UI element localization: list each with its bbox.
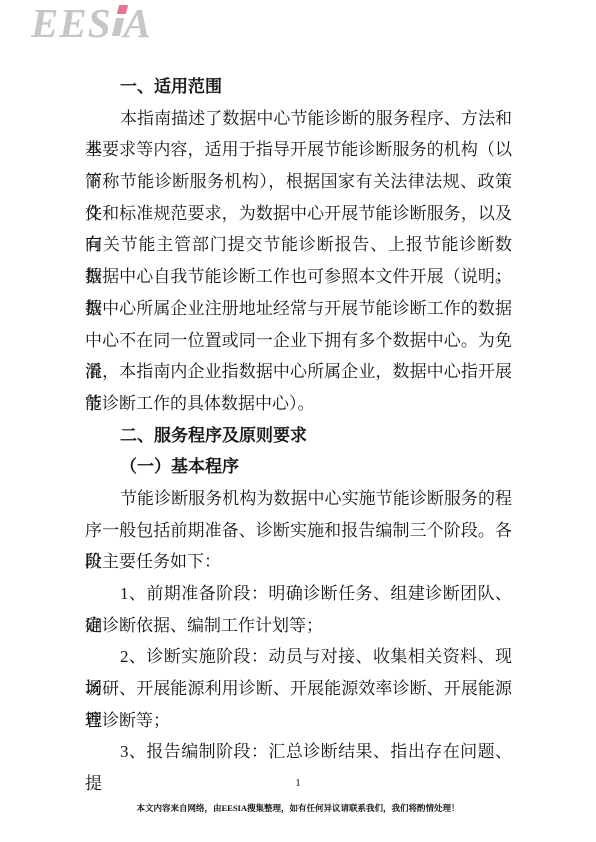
logo-text-ees: EES <box>31 0 112 46</box>
text-line: 有关节能主管部门提交节能诊断报告、上报节能诊断数据。 <box>85 229 512 261</box>
logo-letter-i <box>112 7 124 37</box>
page-number: 1 <box>0 777 596 789</box>
text-line: 据中心所属企业注册地址经常与开展节能诊断工作的数据 <box>85 293 512 325</box>
text-line: 能诊断工作的具体数据中心）。 <box>85 388 512 420</box>
text-line: 1、前期准备阶段：明确诊断任务、组建诊断团队、确 <box>85 578 512 610</box>
text-line: 简称节能诊断服务机构），根据国家有关法律法规、政策文 <box>85 166 512 198</box>
logo-i-dot-icon <box>116 5 127 14</box>
text-line: 段主要任务如下： <box>85 546 512 578</box>
text-line: 中心不在同一位置或同一企业下拥有多个数据中心。为免混 <box>85 325 512 357</box>
text-line: 件和标准规范要求，为数据中心开展节能诊断服务，以及向 <box>85 198 512 230</box>
text-line: 本指南描述了数据中心节能诊断的服务程序、方法和基 <box>85 103 512 135</box>
text-line: 理诊断等； <box>85 705 512 737</box>
text-line: 3、报告编制阶段：汇总诊断结果、指出存在问题、提 <box>85 736 512 768</box>
text-line: 定诊断依据、编制工作计划等； <box>85 610 512 642</box>
text-line: 节能诊断服务机构为数据中心实施节能诊断服务的程 <box>85 483 512 515</box>
document-page: EESA 一、适用范围本指南描述了数据中心节能诊断的服务程序、方法和基本要求等内… <box>0 0 596 842</box>
logo-i-stem <box>111 18 123 36</box>
document-lines: 一、适用范围本指南描述了数据中心节能诊断的服务程序、方法和基本要求等内容，适用于… <box>85 71 512 768</box>
text-line: 2、诊断实施阶段：动员与对接、收集相关资料、现场 <box>85 641 512 673</box>
text-line: 调研、开展能源利用诊断、开展能源效率诊断、开展能源管 <box>85 673 512 705</box>
text-line: 二、服务程序及原则要求 <box>85 420 512 452</box>
text-line: 一、适用范围 <box>85 71 512 103</box>
text-line: （一）基本程序 <box>85 451 512 483</box>
text-line: 本要求等内容，适用于指导开展节能诊断服务的机构（以下 <box>85 134 512 166</box>
text-line: 序一般包括前期准备、诊断实施和报告编制三个阶段。各阶 <box>85 515 512 547</box>
text-line: 淆，本指南内企业指数据中心所属企业，数据中心指开展节 <box>85 356 512 388</box>
footer-disclaimer: 本文内容来自网络，由EESIA搜集整理，如有任何异议请联系我们，我们将酌情处理！ <box>0 802 596 814</box>
eesia-logo: EESA <box>31 0 152 46</box>
logo-text-a: A <box>124 0 152 46</box>
text-line: 数据中心自我节能诊断工作也可参照本文件开展（说明：数 <box>85 261 512 293</box>
